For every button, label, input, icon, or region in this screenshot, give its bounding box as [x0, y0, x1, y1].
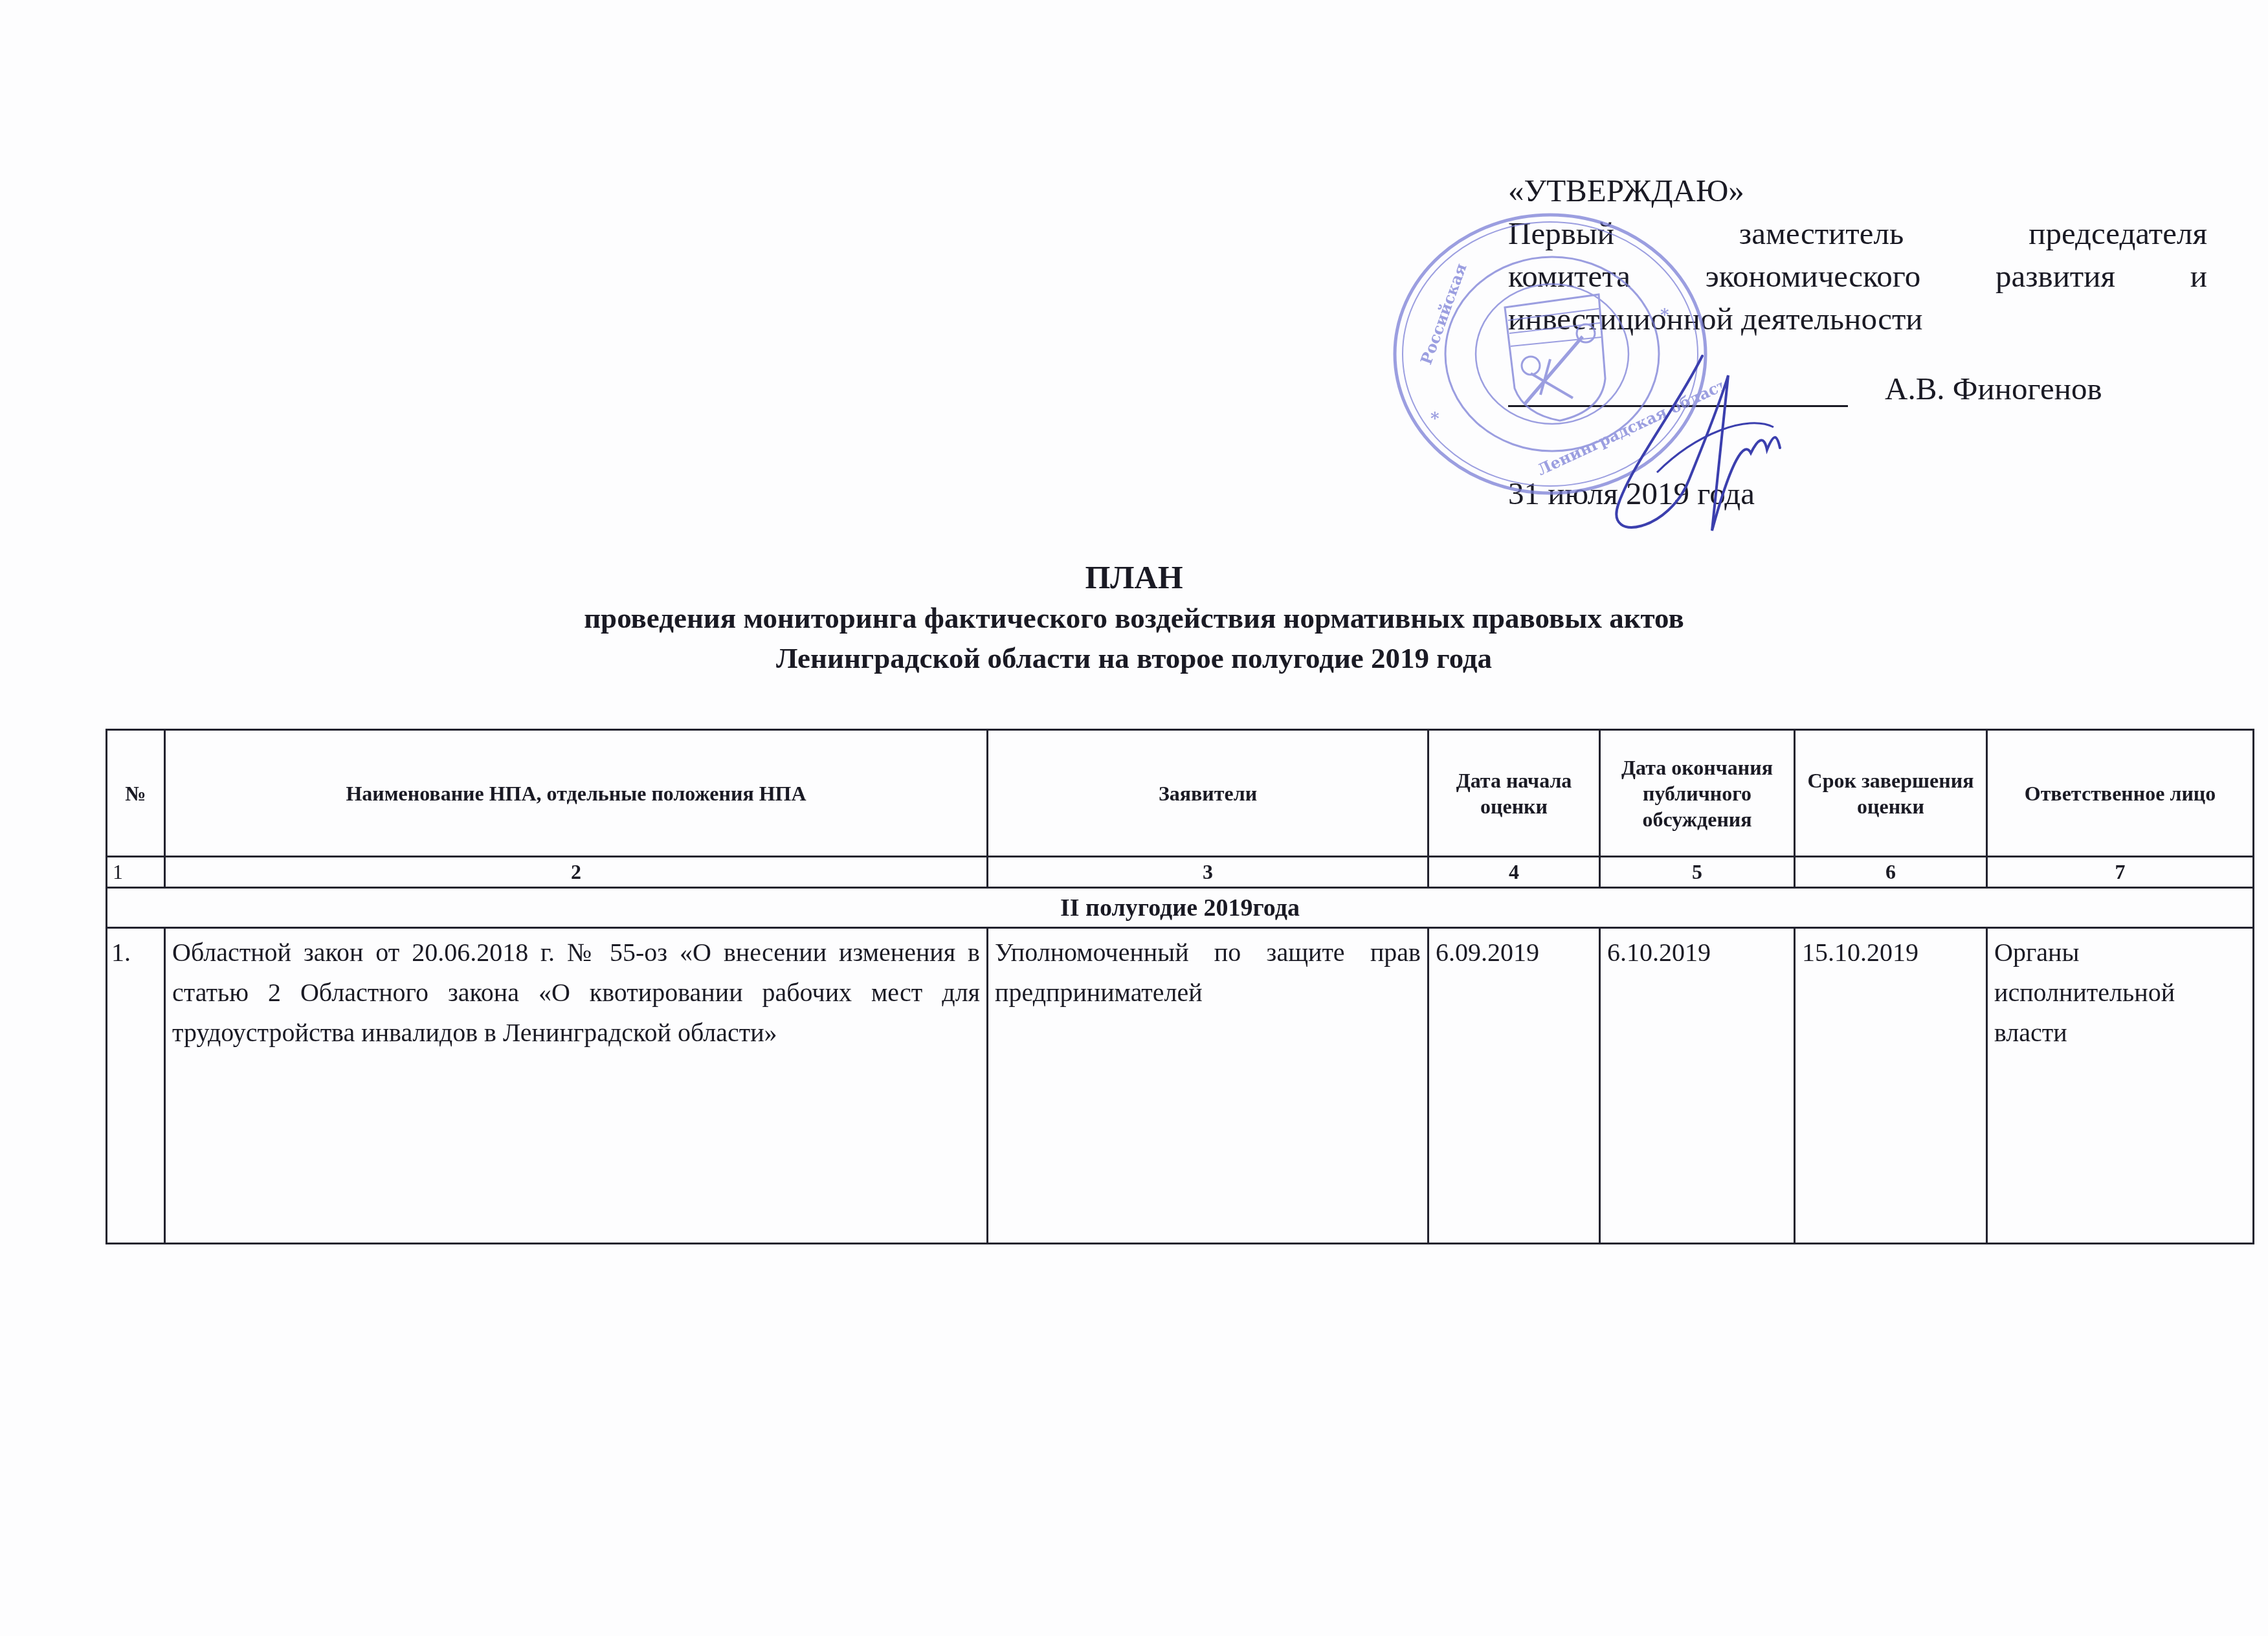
signature-line [1508, 405, 1848, 407]
row-responsible: Органы исполнительной власти [1987, 928, 2254, 1244]
column-number: 1 [107, 857, 165, 888]
svg-text:*: * [1430, 409, 1440, 428]
row-npa-name: Областной закон от 20.06.2018 г. № 55-оз… [165, 928, 988, 1244]
row-start-date: 6.09.2019 [1429, 928, 1600, 1244]
row-number: 1. [107, 928, 165, 1244]
table-header-row: № Наименование НПА, отдельные положения … [107, 730, 2254, 857]
column-number: 4 [1429, 857, 1600, 888]
column-number: 5 [1600, 857, 1795, 888]
approval-date: 31 июля 2019 года [1508, 472, 1755, 515]
row-completion-date: 15.10.2019 [1795, 928, 1987, 1244]
svg-text:Российская: Российская [1416, 261, 1470, 367]
column-header-discussion-end-date: Дата окончания публичного обсуждения [1600, 730, 1795, 857]
monitoring-plan-table: № Наименование НПА, отдельные положения … [106, 729, 2254, 1244]
document-title: ПЛАН проведения мониторинга фактического… [0, 557, 2268, 678]
column-header-number: № [107, 730, 165, 857]
signer-name: А.В. Финогенов [1885, 368, 2102, 410]
column-number: 7 [1987, 857, 2254, 888]
row-applicant: Уполномоченный по защите прав предприним… [988, 928, 1429, 1244]
column-numbers-row: 1 2 3 4 5 6 7 [107, 857, 2254, 888]
column-number: 6 [1795, 857, 1987, 888]
column-header-responsible: Ответственное лицо [1987, 730, 2254, 857]
row-discussion-end-date: 6.10.2019 [1600, 928, 1795, 1244]
column-header-applicants: Заявители [988, 730, 1429, 857]
title-main: ПЛАН [0, 557, 2268, 598]
section-row: II полугодие 2019года [107, 888, 2254, 928]
approval-block: «УТВЕРЖДАЮ» Первый заместитель председат… [1508, 170, 2207, 340]
signature-row: А.В. Финогенов [1508, 368, 2207, 410]
approval-heading: «УТВЕРЖДАЮ» [1508, 170, 2207, 212]
column-header-npa: Наименование НПА, отдельные положения НП… [165, 730, 988, 857]
column-header-completion-date: Срок завершения оценки [1795, 730, 1987, 857]
column-header-start-date: Дата начала оценки [1429, 730, 1600, 857]
table-row: 1. Областной закон от 20.06.2018 г. № 55… [107, 928, 2254, 1244]
approver-position-line-2: комитета экономического развития и [1508, 255, 2207, 298]
title-subtitle-line-1: проведения мониторинга фактического возд… [0, 598, 2268, 638]
approver-position-line-1: Первый заместитель председателя [1508, 212, 2207, 255]
approver-position-line-3: инвестиционной деятельности [1508, 298, 2207, 340]
section-title: II полугодие 2019года [107, 888, 2254, 928]
column-number: 2 [165, 857, 988, 888]
column-number: 3 [988, 857, 1429, 888]
title-subtitle-line-2: Ленинградской области на второе полугоди… [0, 638, 2268, 678]
